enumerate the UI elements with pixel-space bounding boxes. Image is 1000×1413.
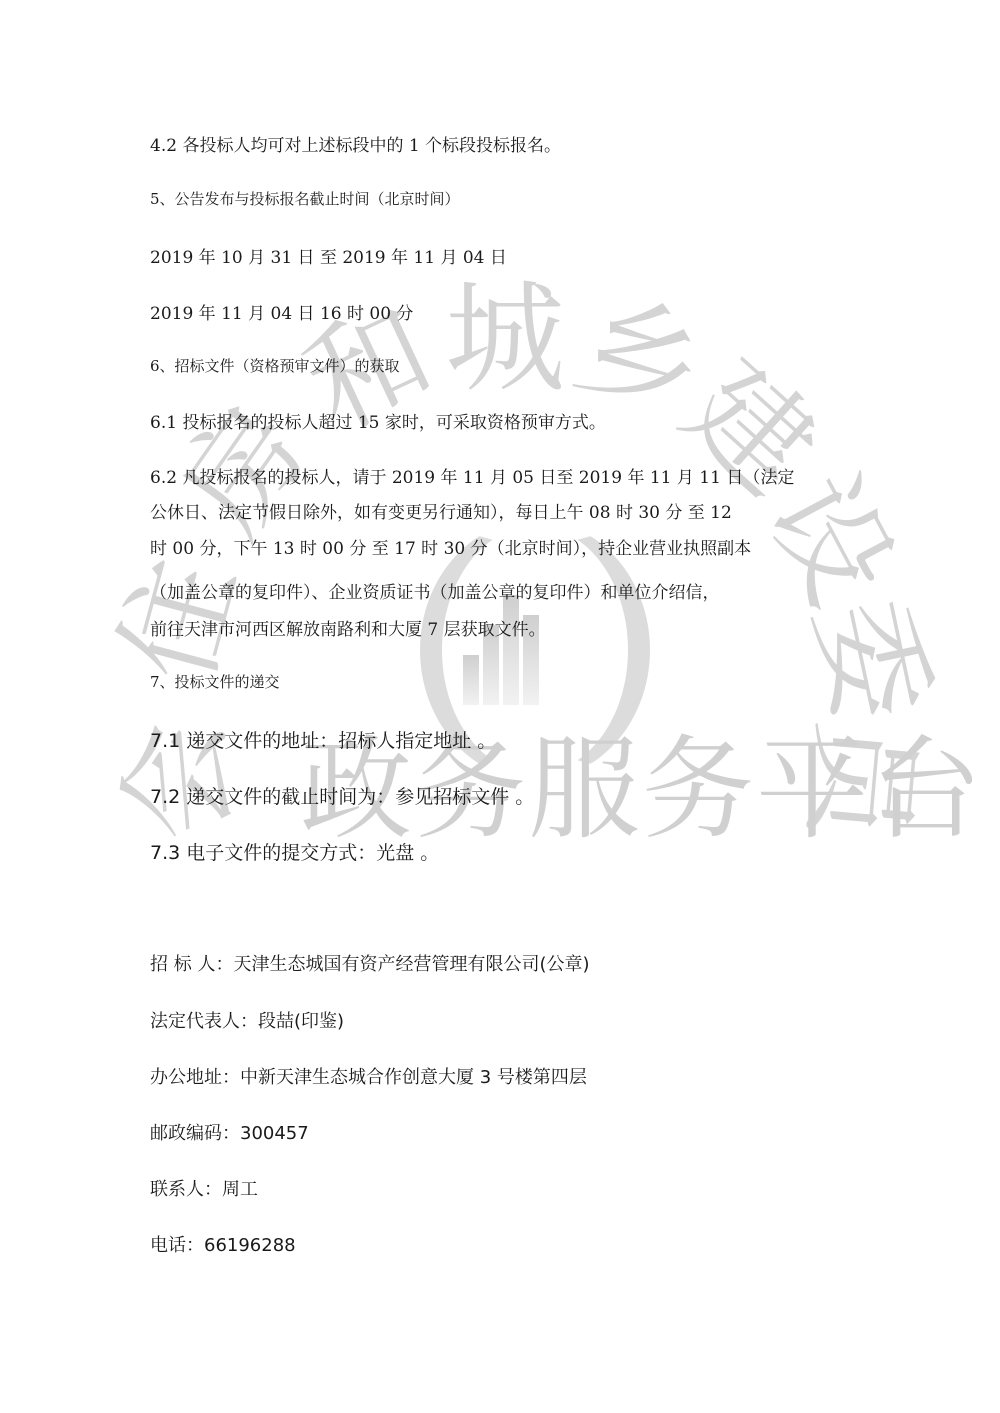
watermark-char: 委 <box>799 589 941 731</box>
postal-code: 邮政编码：300457 <box>150 1119 309 1145</box>
watermark-char: 建 <box>665 345 834 514</box>
item-6-1: 6.1 投标报名的投标人超过 15 家时，可采取资格预审方式。 <box>150 408 606 433</box>
phone: 电话：66196288 <box>150 1231 296 1257</box>
section-6-heading: 6、招标文件（资格预审文件）的获取 <box>150 355 400 376</box>
watermark-char: 员 <box>795 715 925 845</box>
item-6-2-line: 公休日、法定节假日除外，如有变更另行通知），每日上午 08 时 30 分 至 1… <box>150 498 732 523</box>
item-4-2: 4.2 各投标人均可对上述标段中的 1 个标段投标报名。 <box>150 131 561 156</box>
item-6-2-line: 前往天津市河西区解放南路利和大厦 7 层获取文件。 <box>150 615 546 640</box>
item-7-1: 7.1 递交文件的地址：招标人指定地址 。 <box>150 726 496 753</box>
legal-representative: 法定代表人：段喆(印鉴) <box>150 1007 344 1033</box>
office-address: 办公地址：中新天津生态城合作创意大厦 3 号楼第四层 <box>150 1063 587 1089</box>
registration-deadline: 2019 年 11 月 04 日 16 时 00 分 <box>150 299 413 324</box>
contact-person: 联系人：周工 <box>150 1175 258 1201</box>
item-7-2: 7.2 递交文件的截止时间为：参见招标文件 。 <box>150 782 534 809</box>
watermark-emblem-bars <box>463 595 539 705</box>
watermark-line: 政务服务平台 <box>300 700 984 861</box>
section-5-heading: 5、公告发布与投标报名截止时间（北京时间） <box>150 188 460 209</box>
item-6-2-line: 时 00 分，下午 13 时 00 分 至 17 时 30 分（北京时间），持企… <box>150 534 751 559</box>
watermark-char: 城 <box>445 280 565 400</box>
item-6-2-line: 6.2 凡投标报名的投标人，请于 2019 年 11 月 05 日至 2019 … <box>150 463 794 488</box>
tenderer: 招 标 人：天津生态城国有资产经营管理有限公司(公章) <box>150 950 590 976</box>
item-6-2-line: （加盖公章的复印件）、企业资质证书（加盖公章的复印件）和单位介绍信， <box>150 578 720 603</box>
item-7-3: 7.3 电子文件的提交方式：光盘 。 <box>150 838 439 865</box>
watermark: 住 房 和 城 乡 建 设 委 员 会 政务服务平台 <box>0 0 1000 1413</box>
publish-period: 2019 年 10 月 31 日 至 2019 年 11 月 04 日 <box>150 243 507 268</box>
section-7-heading: 7、投标文件的递交 <box>150 671 280 692</box>
